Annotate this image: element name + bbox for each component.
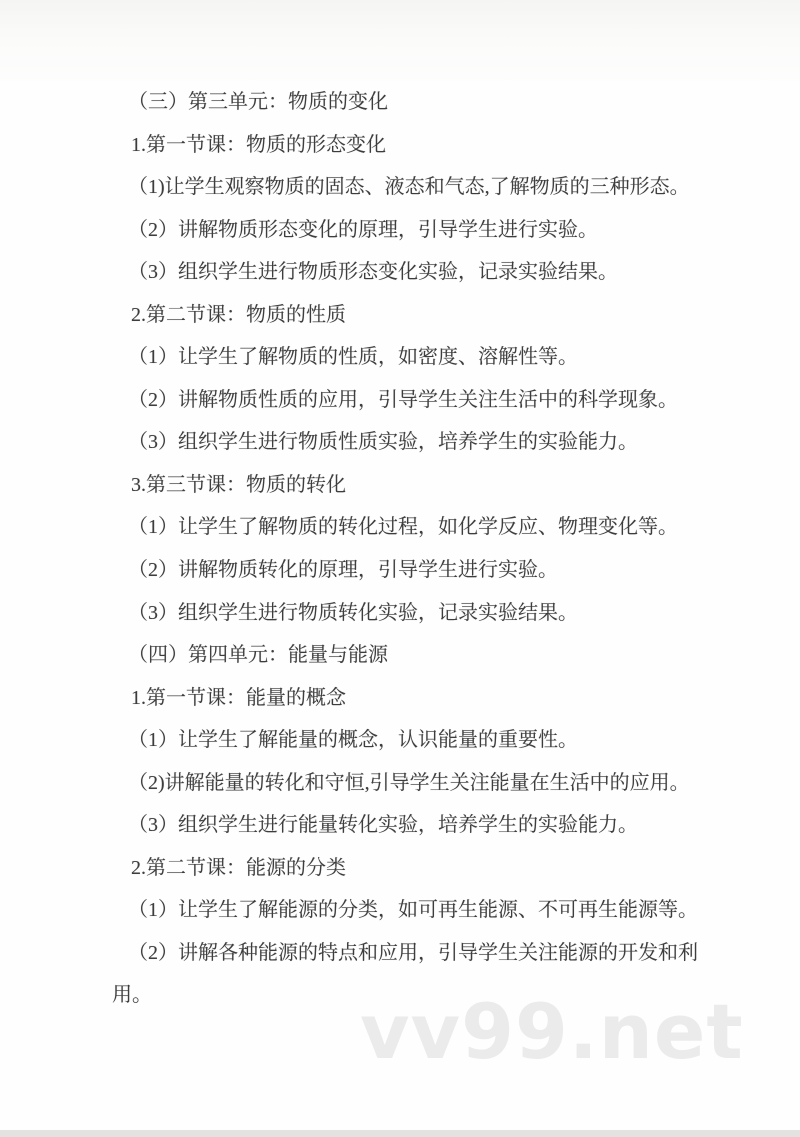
text-line: （1）让学生了解能量的概念，认识能量的重要性。	[128, 719, 800, 762]
text-line: （四）第四单元：能量与能源	[128, 634, 800, 677]
text-line: 2.第二节课：能源的分类	[131, 847, 800, 890]
text-line: （2）讲解各种能源的特点和应用，引导学生关注能源的开发和利	[128, 932, 800, 975]
text-line: （3）组织学生进行物质转化实验，记录实验结果。	[128, 592, 800, 635]
watermark: vv99.net	[360, 994, 744, 1070]
text-line: （1）让学生了解能源的分类，如可再生能源、不可再生能源等。	[128, 889, 800, 932]
text-line: 3.第三节课：物质的转化	[131, 464, 800, 507]
text-line: （3）组织学生进行物质形态变化实验，记录实验结果。	[128, 251, 800, 294]
text-line: （2）讲解物质性质的应用，引导学生关注生活中的科学现象。	[128, 379, 800, 422]
text-line: （1）让学生了解物质的性质，如密度、溶解性等。	[128, 336, 800, 379]
text-line: （2）讲解物质转化的原理，引导学生进行实验。	[128, 549, 800, 592]
text-line: 1.第一节课：能量的概念	[131, 677, 800, 720]
document-body: （三）第三单元：物质的变化 1.第一节课：物质的形态变化 （1)让学生观察物质的…	[0, 81, 800, 1017]
page-bottom-edge-bar	[0, 1130, 800, 1137]
text-line: （2）讲解物质形态变化的原理，引导学生进行实验。	[128, 209, 800, 252]
text-line: 1.第一节课：物质的形态变化	[131, 124, 800, 167]
text-line: （三）第三单元：物质的变化	[128, 81, 800, 124]
text-line: （3）组织学生进行物质性质实验，培养学生的实验能力。	[128, 421, 800, 464]
text-line: 2.第二节课：物质的性质	[131, 294, 800, 337]
text-line: （1)让学生观察物质的固态、液态和气态,了解物质的三种形态。	[128, 166, 800, 209]
text-line: （2)讲解能量的转化和守恒,引导学生关注能量在生活中的应用。	[128, 762, 800, 805]
text-line: （1）让学生了解物质的转化过程，如化学反应、物理变化等。	[128, 506, 800, 549]
text-line: （3）组织学生进行能量转化实验，培养学生的实验能力。	[128, 804, 800, 847]
